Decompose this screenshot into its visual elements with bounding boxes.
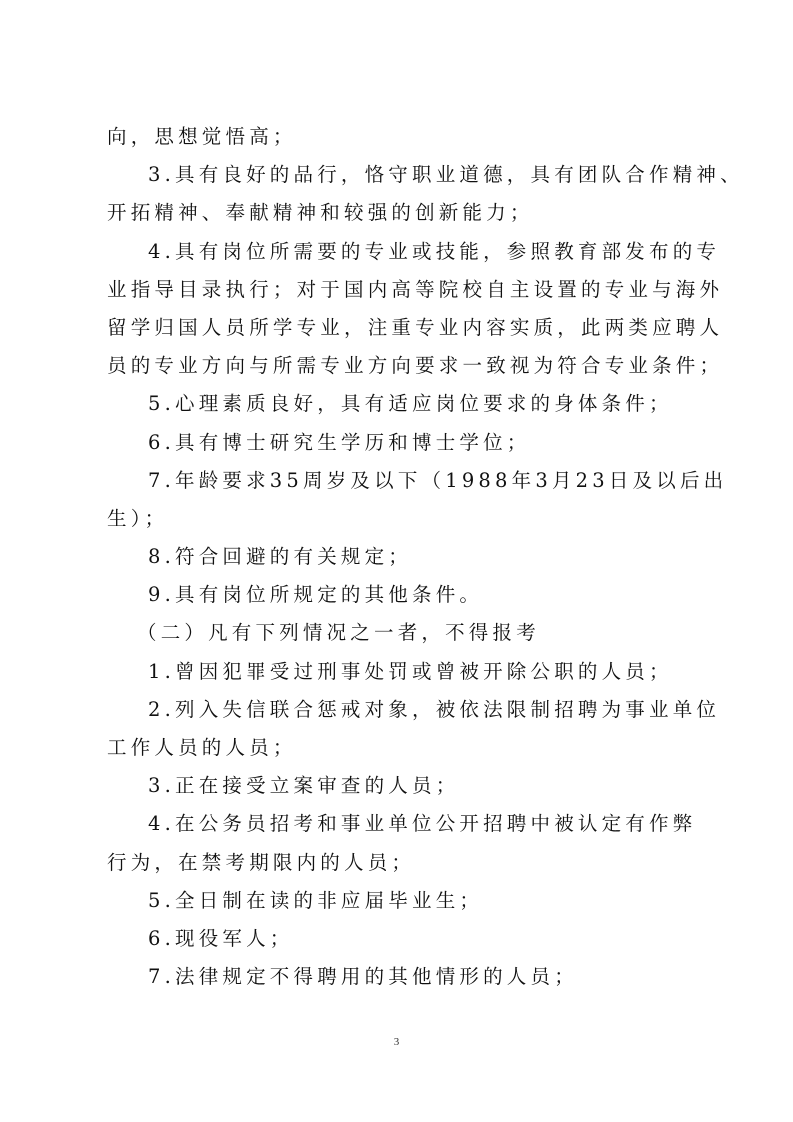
exclusion-item-1: 1.曾因犯罪受过刑事处罚或曾被开除公职的人员；: [107, 653, 700, 691]
requirement-item-9: 9.具有岗位所规定的其他条件。: [107, 576, 700, 614]
requirement-item-8: 8.符合回避的有关规定；: [107, 538, 700, 576]
text-line: 生）；: [107, 500, 700, 538]
exclusion-item-3: 3.正在接受立案审查的人员；: [107, 767, 700, 805]
requirement-item-3: 3.具有良好的品行，恪守职业道德，具有团队合作精神、: [107, 156, 700, 194]
section-heading: （二）凡有下列情况之一者，不得报考: [107, 614, 700, 652]
requirement-item-4: 4.具有岗位所需要的专业或技能，参照教育部发布的专: [107, 233, 700, 271]
exclusion-item-4: 4.在公务员招考和事业单位公开招聘中被认定有作弊: [107, 805, 700, 843]
text-line: 业指导目录执行；对于国内高等院校自主设置的专业与海外: [107, 271, 700, 309]
text-line: 向，思想觉悟高；: [107, 118, 700, 156]
text-line: 开拓精神、奉献精神和较强的创新能力；: [107, 194, 700, 232]
text-line: 留学归国人员所学专业，注重专业内容实质，此两类应聘人: [107, 309, 700, 347]
exclusion-item-5: 5.全日制在读的非应届毕业生；: [107, 882, 700, 920]
requirement-item-6: 6.具有博士研究生学历和博士学位；: [107, 424, 700, 462]
exclusion-item-2: 2.列入失信联合惩戒对象，被依法限制招聘为事业单位: [107, 691, 700, 729]
text-line: 员的专业方向与所需专业方向要求一致视为符合专业条件；: [107, 347, 700, 385]
page-number: 3: [0, 1036, 793, 1048]
exclusion-item-7: 7.法律规定不得聘用的其他情形的人员；: [107, 958, 700, 996]
exclusion-item-6: 6.现役军人；: [107, 920, 700, 958]
text-line: 工作人员的人员；: [107, 729, 700, 767]
requirement-item-7: 7.年龄要求35周岁及以下（1988年3月23日及以后出: [107, 462, 700, 500]
text-line: 行为，在禁考期限内的人员；: [107, 844, 700, 882]
document-page: 向，思想觉悟高； 3.具有良好的品行，恪守职业道德，具有团队合作精神、 开拓精神…: [107, 118, 700, 996]
requirement-item-5: 5.心理素质良好，具有适应岗位要求的身体条件；: [107, 385, 700, 423]
